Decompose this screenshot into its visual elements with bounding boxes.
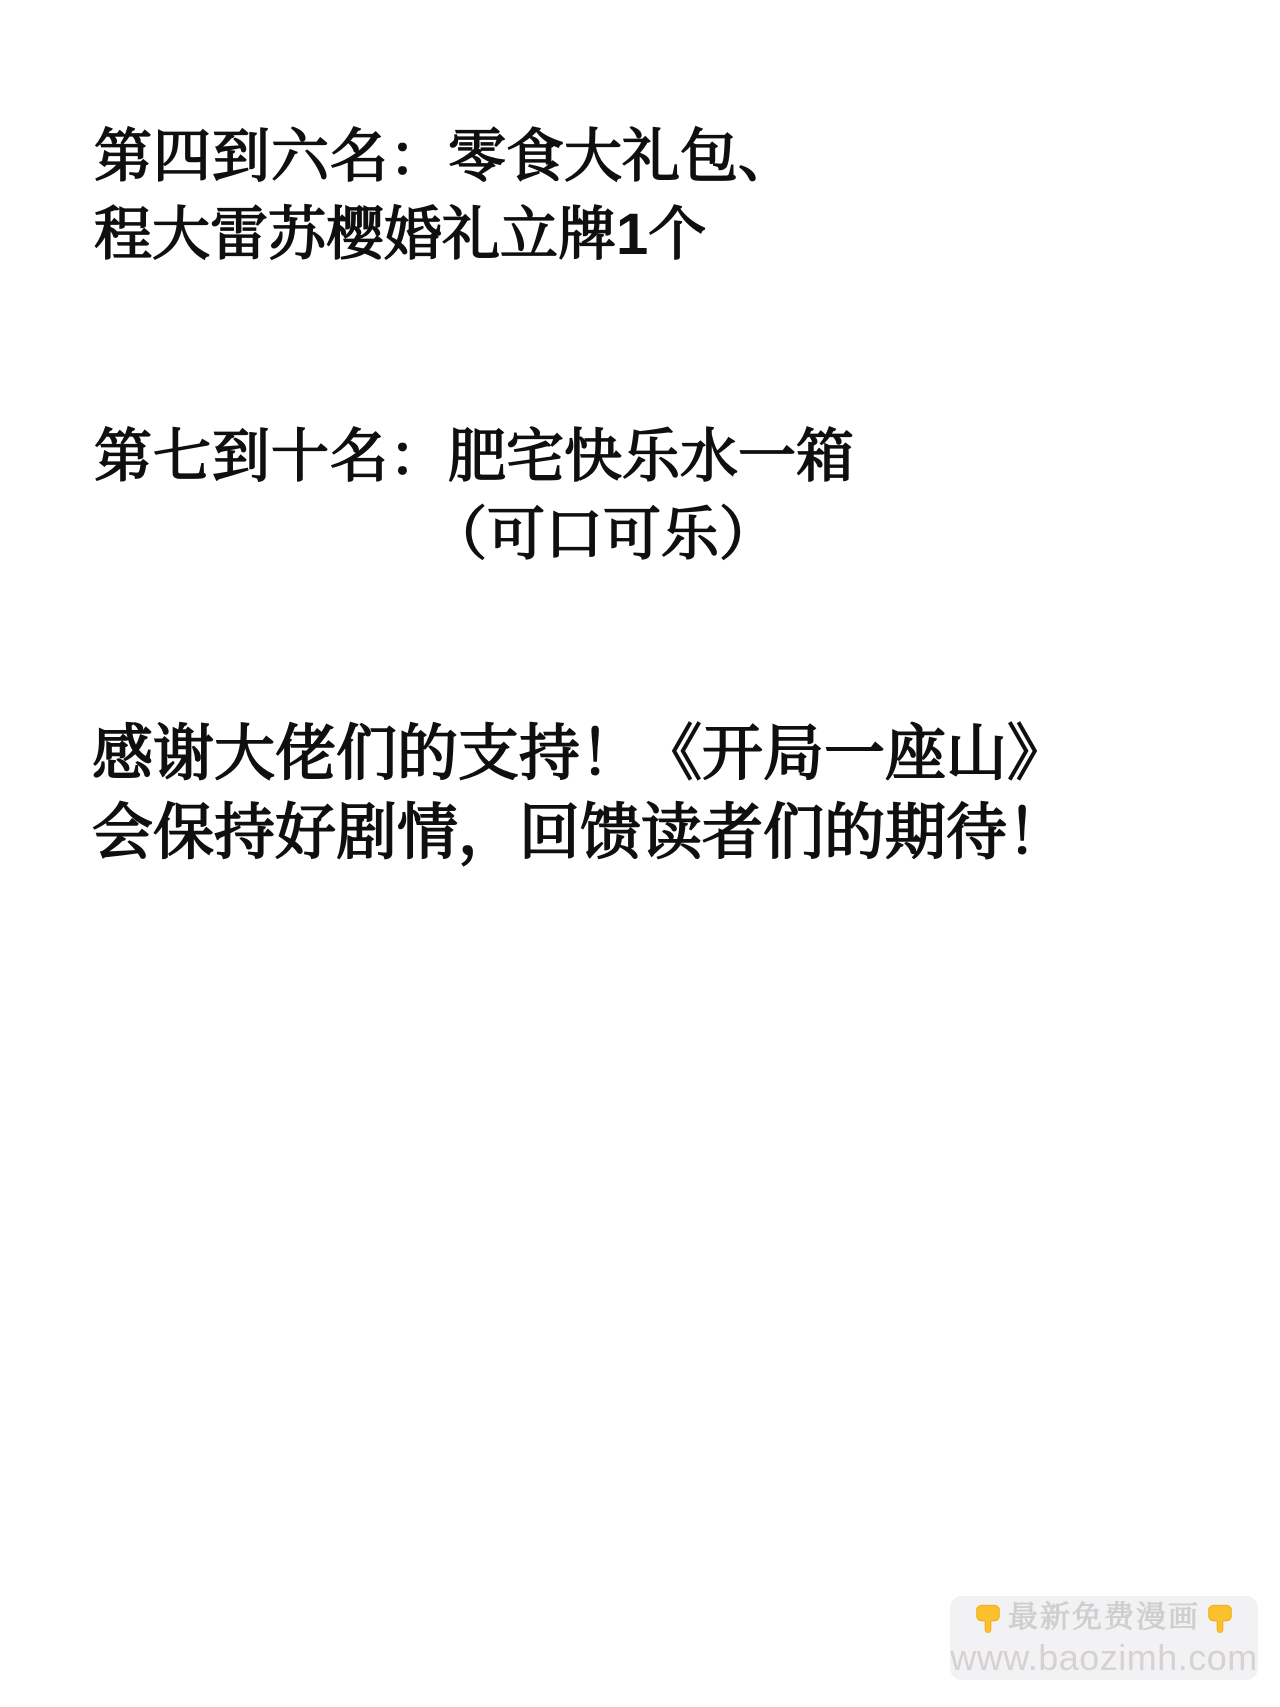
pointing-down-hand-icon (971, 1601, 1005, 1635)
prize-line: （可口可乐） (94, 496, 854, 574)
rank-label: 第四到六名： (94, 124, 448, 189)
prize-text: 零食大礼包、 (448, 124, 796, 189)
thanks-line-2: 会保持好剧情，回馈读者们的期待！ (92, 793, 1068, 872)
prize-line: 第四到六名：零食大礼包、 (94, 118, 796, 196)
prize-line: 程大雷苏樱婚礼立牌1个 (94, 196, 796, 274)
prize-line: 第七到十名：肥宅快乐水一箱 (94, 418, 854, 496)
prize-block-ranks-4-6: 第四到六名：零食大礼包、 程大雷苏樱婚礼立牌1个 (94, 118, 796, 274)
site-watermark: 最新免费漫画 www.baozimh.com (950, 1596, 1258, 1680)
watermark-site-url: www.baozimh.com (950, 1640, 1258, 1676)
pointing-down-hand-icon (1203, 1601, 1237, 1635)
comic-announcement-page: 第四到六名：零食大礼包、 程大雷苏樱婚礼立牌1个 第七到十名：肥宅快乐水一箱 （… (0, 0, 1280, 1707)
rank-label: 第七到十名： (94, 424, 448, 489)
prize-text: 肥宅快乐水一箱 (448, 424, 854, 489)
thanks-line-1: 感谢大佬们的支持！《开局一座山》 (92, 714, 1068, 793)
watermark-site-label: 最新免费漫画 (1008, 1603, 1200, 1633)
prize-block-ranks-7-10: 第七到十名：肥宅快乐水一箱 （可口可乐） (94, 418, 854, 574)
thanks-message: 感谢大佬们的支持！《开局一座山》 会保持好剧情，回馈读者们的期待！ (92, 714, 1068, 872)
watermark-title-row: 最新免费漫画 (971, 1601, 1237, 1635)
